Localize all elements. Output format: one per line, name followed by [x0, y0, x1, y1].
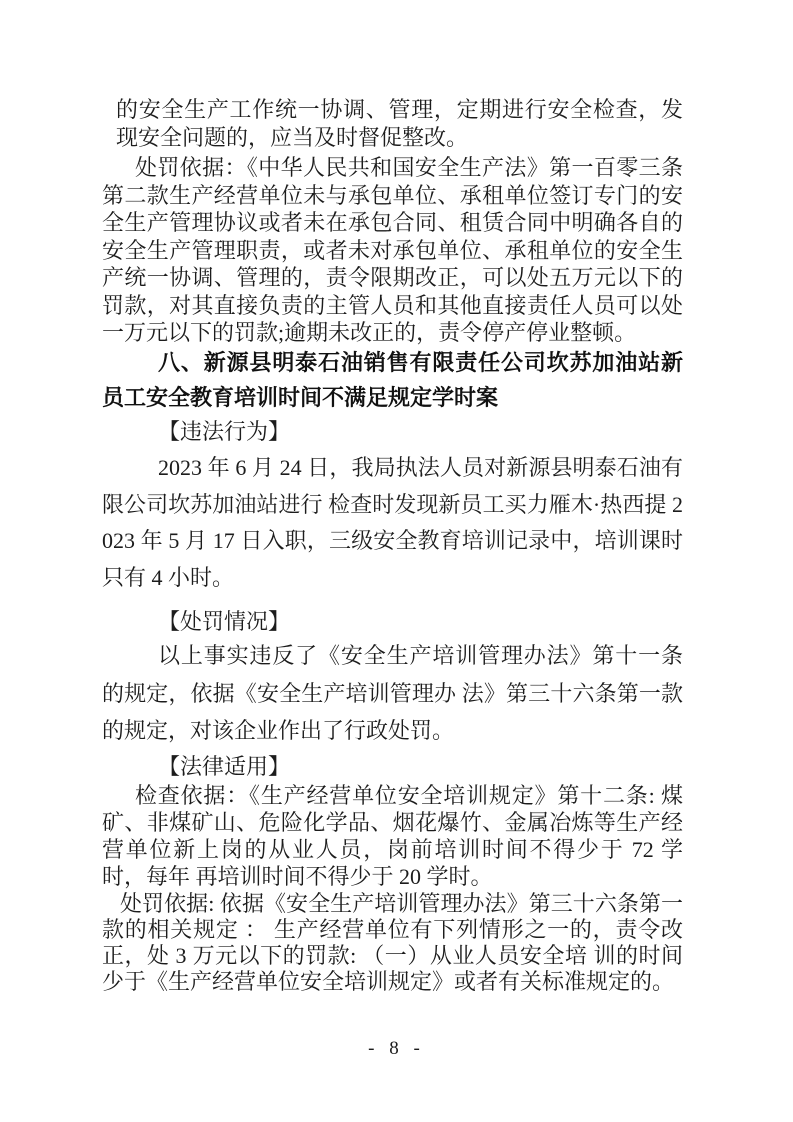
document-page: 的安全生产工作统一协调、管理，定期进行安全检查，发现安全问题的，应当及时督促整改…: [0, 0, 793, 1122]
penalty-basis-paragraph: 处罚依据：《中华人民共和国安全生产法》第一百零三条第二款生产经营单位未与承包单位…: [102, 154, 683, 347]
section-label-penalty-situation: 【处罚情况】: [102, 603, 683, 640]
carryover-paragraph: 的安全生产工作统一协调、管理，定期进行安全检查，发现安全问题的，应当及时督促整改…: [116, 96, 683, 151]
section-body-illegal-act: 2023 年 6 月 24 日，我局执法人员对新源县明泰石油有限公司坎苏加油站进…: [102, 450, 683, 596]
law-application-inspection-basis: 检查依据：《生产经营单位安全培训规定》第十二条: 煤矿、非煤矿山、危险化学品、烟…: [102, 782, 683, 890]
section-label-illegal-act: 【违法行为】: [102, 413, 683, 450]
section-label-law-application: 【法律适用】: [102, 748, 683, 785]
section-body-penalty-situation: 以上事实违反了《安全生产培训管理办法》第十一条的规定，依据《安全生产培训管理办 …: [102, 637, 683, 750]
law-application-penalty-basis: 处罚依据: 依据《安全生产培训管理办法》第三十六条第一款的相关规定 ： 生产经营…: [102, 891, 683, 995]
page-number: - 8 -: [0, 1038, 793, 1060]
case-heading: 八、新源县明泰石油销售有限责任公司坎苏加油站新员工安全教育培训时间不满足规定学时…: [102, 345, 683, 415]
